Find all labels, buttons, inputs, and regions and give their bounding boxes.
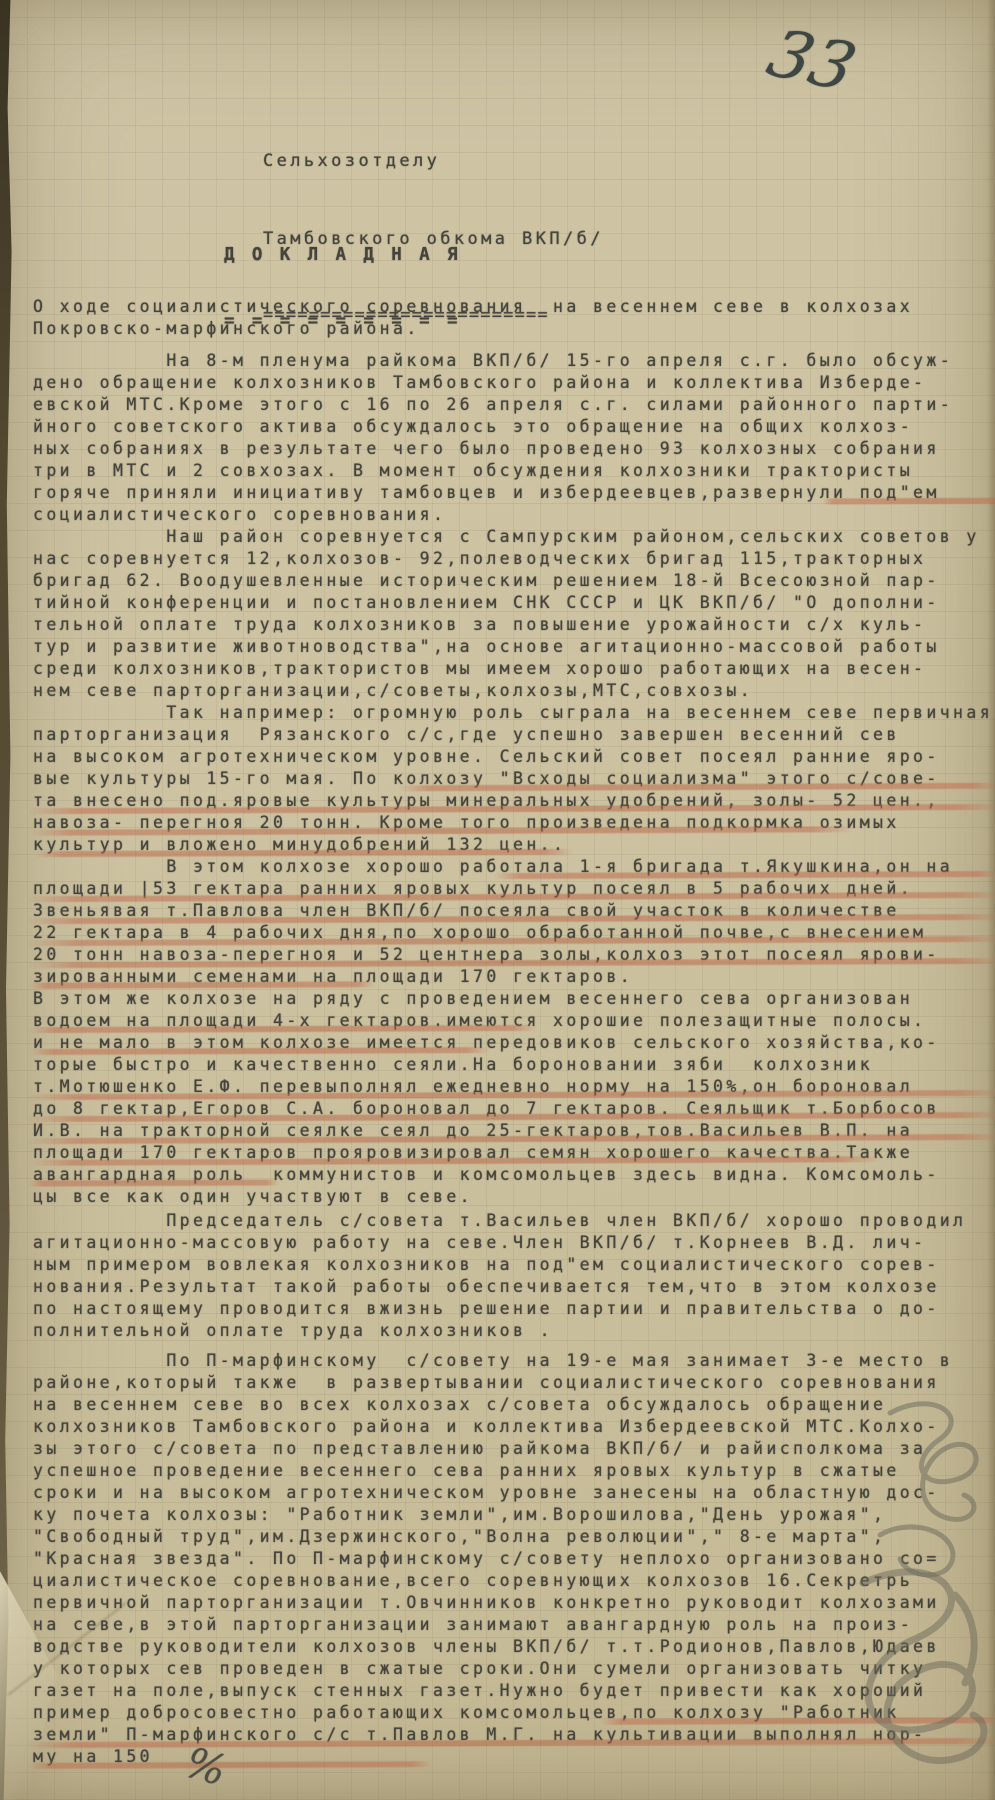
doc-line: горяче приняли инициативу тамбовцев и из… — [33, 482, 993, 504]
doc-line: районе,который также в развертывании соц… — [33, 1372, 993, 1394]
scanned-document-page: { "meta": { "page_number": "33" }, "colo… — [0, 0, 995, 1800]
doc-line: на весеннем севе во всех колхозах с/сове… — [33, 1394, 993, 1416]
doc-line: Председатель с/совета т.Васильев член ВК… — [33, 1210, 993, 1232]
doc-paragraph: В этом колхозе хорошо работала 1-я брига… — [33, 856, 993, 988]
doc-line: циалистическое соревнование,всего соревн… — [33, 1570, 993, 1592]
doc-line: три в МТС и 2 совхозах. В момент обсужде… — [33, 460, 993, 482]
doc-line: первичной парторганизации т.Овчинников к… — [33, 1592, 993, 1614]
doc-line: тельной оплате труда колхозников за повы… — [33, 614, 993, 636]
doc-line: Звеньявая т.Павлова член ВКП/б/ посеяла … — [33, 900, 993, 922]
doc-line: ку почета колхозы: "Работник земли",им.В… — [33, 1504, 993, 1526]
doc-line: бригад 62. Воодушевленные историческим р… — [33, 570, 993, 592]
doc-paragraph: Наш район соревнуется с Сампурским район… — [33, 526, 993, 702]
document-body: О ходе социалистического соревнования на… — [33, 292, 993, 1768]
doc-line: пример добросовестно работающих комсомол… — [33, 1702, 993, 1724]
doc-line: среди колхозников,трактористов мы имеем … — [33, 658, 993, 680]
doc-line: навоза- перегноя 20 тонн. Кроме того про… — [33, 812, 993, 834]
doc-paragraph: В этом же колхозе на ряду с проведением … — [33, 988, 993, 1208]
doc-line: у которых сев проведен в сжатые сроки.Он… — [33, 1658, 993, 1680]
doc-line: по настоящему проводится вжизнь решение … — [33, 1298, 993, 1320]
doc-line: ным примером вовлекая колхозников на под… — [33, 1254, 993, 1276]
doc-line: В этом же колхозе на ряду с проведением … — [33, 988, 993, 1010]
doc-line: В этом колхозе хорошо работала 1-я брига… — [33, 856, 993, 878]
doc-line: Покровско-марфинского района. — [33, 318, 993, 340]
doc-line: нования.Результат такой работы обеспечив… — [33, 1276, 993, 1298]
doc-line: т.Мотюшенко Е.Ф. перевыполнял ежедневно … — [33, 1076, 993, 1098]
doc-line: культур и вложено минудобрений 132 цен.. — [33, 834, 993, 856]
doc-line: дено обращение колхозников Тамбовского р… — [33, 372, 993, 394]
doc-line: газет на поле,выпуск стенных газет.Нужно… — [33, 1680, 993, 1702]
doc-line: цы все как один участвуют в севе. — [33, 1186, 993, 1208]
doc-line: му на 150 — [33, 1746, 993, 1768]
doc-line: 22 гектара в 4 рабочих дня,по хорошо обр… — [33, 922, 993, 944]
doc-line: и не мало в этом колхозе имеется передов… — [33, 1032, 993, 1054]
doc-line: тур и развитие животноводства",на основе… — [33, 636, 993, 658]
doc-line: авангардная роль коммунистов и комсомоль… — [33, 1164, 993, 1186]
doc-line: тийной конференции и постановлением СНК … — [33, 592, 993, 614]
doc-line: успешное проведение весеннего сева ранни… — [33, 1460, 993, 1482]
doc-line: на севе,в этой парторганизации занимают … — [33, 1614, 993, 1636]
doc-line: "Красная звезда". По П-марфинскому с/сов… — [33, 1548, 993, 1570]
doc-line: йного советского актива обсуждалось это … — [33, 416, 993, 438]
doc-line: земли" П-марфинского с/с т.Павлов М.Г. н… — [33, 1724, 993, 1746]
doc-line: та внесено под.яровые культуры минеральн… — [33, 790, 993, 812]
doc-line: площади |53 гектара ранних яровых культу… — [33, 878, 993, 900]
doc-line: нас соревнуется 12,колхозов- 92,полеводч… — [33, 548, 993, 570]
doc-line: парторганизация Рязанского с/с,где успеш… — [33, 724, 993, 746]
doc-paragraph: Так например: огромную роль сыграла на в… — [33, 702, 993, 856]
doc-line: евской МТС.Кроме этого с 16 по 26 апреля… — [33, 394, 993, 416]
doc-line: водоем на площади 4-х гектаров.имеются х… — [33, 1010, 993, 1032]
doc-line: водстве руководители колхозов члены ВКП/… — [33, 1636, 993, 1658]
doc-line: агитационно-массовую работу на севе.Член… — [33, 1232, 993, 1254]
doc-line: 20 тонн навоза-перегноя и 52 центнера зо… — [33, 944, 993, 966]
doc-paragraph: Председатель с/совета т.Васильев член ВК… — [33, 1210, 993, 1342]
doc-paragraph: По П-марфинскому с/совету на 19-е мая за… — [33, 1350, 993, 1768]
doc-paragraph: На 8-м пленума райкома ВКП/б/ 15-го апре… — [33, 350, 993, 526]
doc-line: "Свободный труд",им.Дзержинского,"Волна … — [33, 1526, 993, 1548]
doc-line: По П-марфинскому с/совету на 19-е мая за… — [33, 1350, 993, 1372]
doc-line: на высоком агротехническом уровне. Сельс… — [33, 746, 993, 768]
doc-line: вые культуры 15-го мая. По колхозу "Всхо… — [33, 768, 993, 790]
doc-line: нем севе парторганизации,с/советы,колхоз… — [33, 680, 993, 702]
doc-line: колхозников Тамбовского района и коллект… — [33, 1416, 993, 1438]
doc-paragraph: О ходе социалистического соревнования на… — [33, 296, 993, 340]
doc-line: И.В. на тракторной сеялке сеял до 25-гек… — [33, 1120, 993, 1142]
header-address-line1: Сельхозотделу — [263, 148, 604, 174]
doc-title: Д О К Л А Д Н А Я — [224, 244, 461, 266]
doc-line: ных собраниях в результате чего было про… — [33, 438, 993, 460]
doc-line: Так например: огромную роль сыграла на в… — [33, 702, 993, 724]
doc-line: социалистического соревнования. — [33, 504, 993, 526]
doc-line: торые быстро и качественно сеяли.На боро… — [33, 1054, 993, 1076]
doc-line: зированными семенами на площади 170 гект… — [33, 966, 993, 988]
doc-line: площади 170 гектаров прояровизировал сем… — [33, 1142, 993, 1164]
doc-line: зы этого с/совета по представлению райко… — [33, 1438, 993, 1460]
doc-line: О ходе социалистического соревнования на… — [33, 296, 993, 318]
doc-line: сроки и на высоком агротехническом уровн… — [33, 1482, 993, 1504]
doc-line: до 8 гектар,Егоров С.А. бороновал до 7 г… — [33, 1098, 993, 1120]
doc-line: Наш район соревнуется с Сампурским район… — [33, 526, 993, 548]
doc-line: На 8-м пленума райкома ВКП/б/ 15-го апре… — [33, 350, 993, 372]
doc-line: полнительной оплате труда колхозников . — [33, 1320, 993, 1342]
